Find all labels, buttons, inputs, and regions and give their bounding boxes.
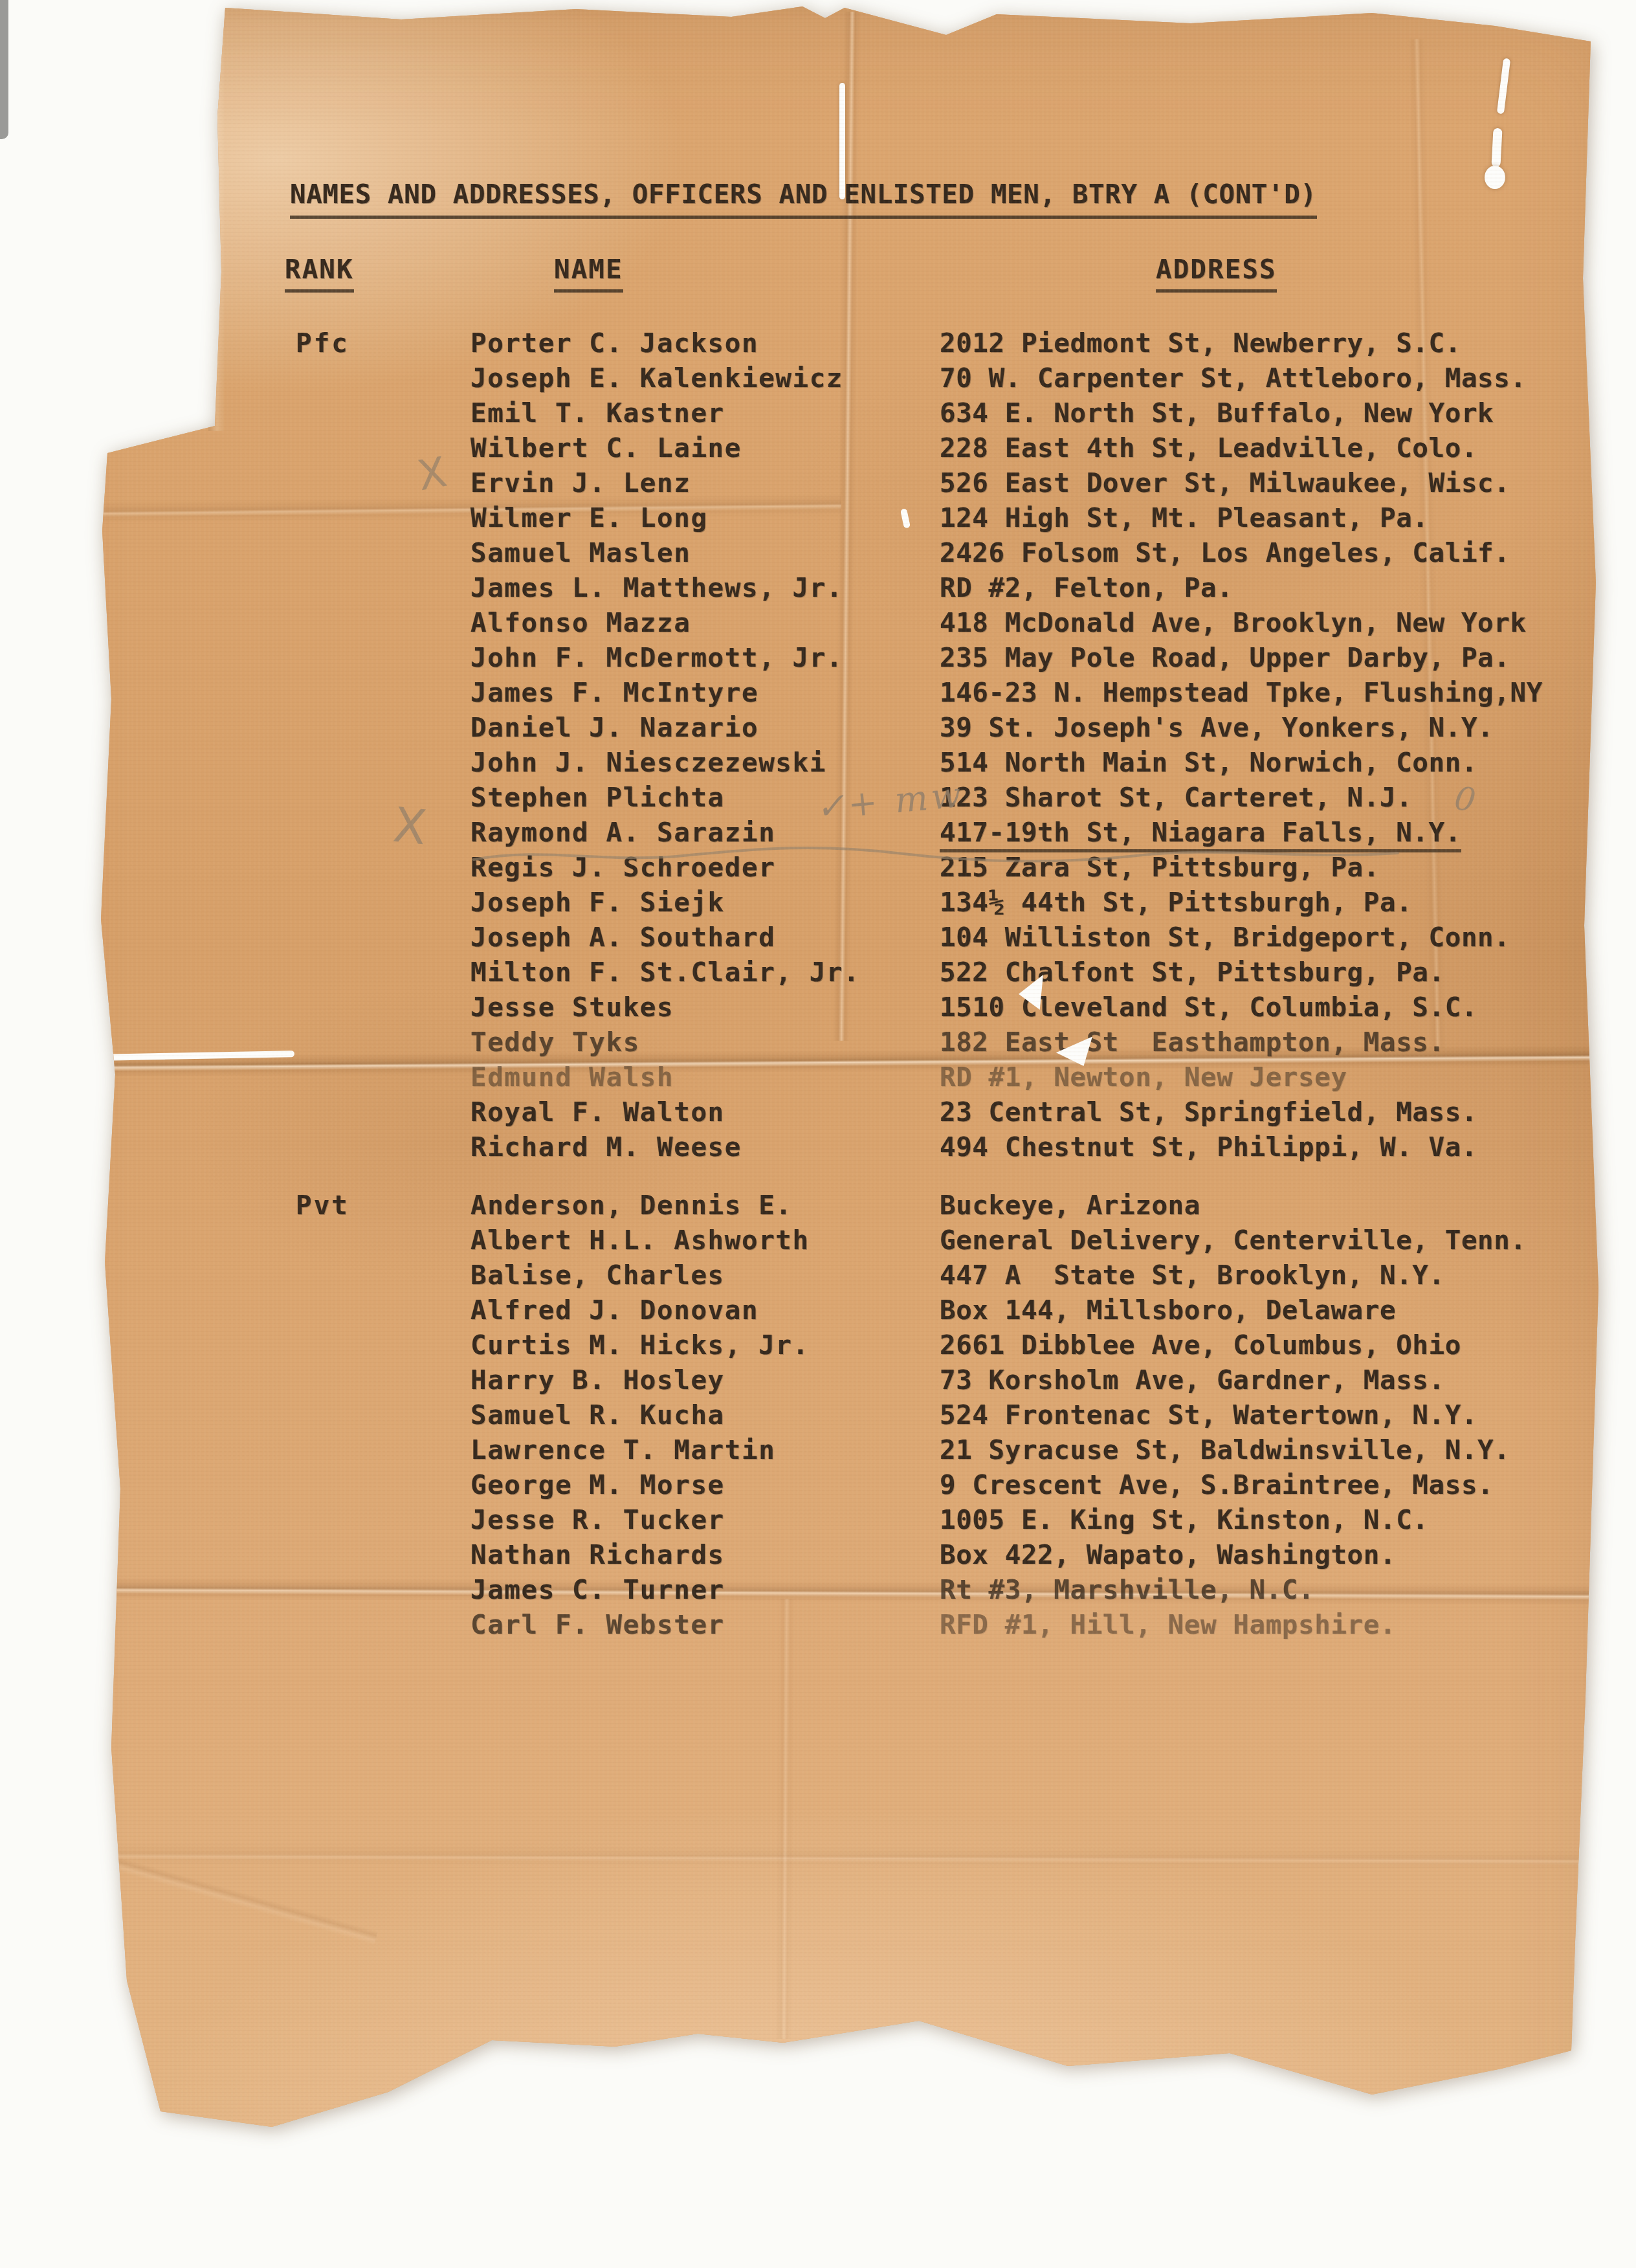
roster-row: John J. Niesczezewski514 North Main St, … xyxy=(0,747,1636,779)
address-cell: Rt #3, Marshville, N.C. xyxy=(940,1574,1314,1605)
roster-row: Lawrence T. Martin21 Syracuse St, Baldwi… xyxy=(0,1434,1636,1467)
address-cell: 70 W. Carpenter St, Attleboro, Mass. xyxy=(940,362,1527,394)
name-cell: John F. McDermott, Jr. xyxy=(470,642,843,673)
name-cell: Emil T. Kastner xyxy=(470,397,725,428)
address-cell: 182 East St Easthampton, Mass. xyxy=(940,1027,1445,1058)
roster-row: Milton F. St.Clair, Jr.522 Chalfont St, … xyxy=(0,957,1636,989)
address-cell: 146-23 N. Hempstead Tpke, Flushing,NY xyxy=(940,677,1543,708)
name-cell: Ervin J. Lenz xyxy=(470,467,691,498)
address-cell: 526 East Dover St, Milwaukee, Wisc. xyxy=(940,467,1510,498)
name-cell: Stephen Plichta xyxy=(470,782,725,813)
address-cell: 1510 Cleveland St, Columbia, S.C. xyxy=(940,992,1477,1023)
roster-row: Albert H.L. AshworthGeneral Delivery, Ce… xyxy=(0,1225,1636,1257)
name-cell: Edmund Walsh xyxy=(470,1062,674,1093)
roster-row: Joseph E. Kalenkiewicz70 W. Carpenter St… xyxy=(0,362,1636,395)
address-cell: 1005 E. King St, Kinston, N.C. xyxy=(940,1504,1429,1535)
roster-row: Emil T. Kastner634 E. North St, Buffalo,… xyxy=(0,397,1636,430)
name-cell: Richard M. Weese xyxy=(470,1131,742,1162)
roster-row: Raymond A. Sarazin417-19th St, Niagara F… xyxy=(0,817,1636,849)
roster-row: PvtAnderson, Dennis E.Buckeye, Arizona xyxy=(0,1190,1636,1222)
roster-row: Harry B. Hosley73 Korsholm Ave, Gardner,… xyxy=(0,1364,1636,1397)
roster-row: Royal F. Walton23 Central St, Springfiel… xyxy=(0,1096,1636,1129)
roster-row: Wilmer E. Long124 High St, Mt. Pleasant,… xyxy=(0,502,1636,535)
address-cell: 494 Chestnut St, Philippi, W. Va. xyxy=(940,1131,1477,1162)
address-cell: General Delivery, Centerville, Tenn. xyxy=(940,1225,1527,1256)
name-cell: Anderson, Dennis E. xyxy=(470,1190,793,1221)
name-cell: James C. Turner xyxy=(470,1574,725,1605)
page-title: NAMES AND ADDRESSES, OFFICERS AND ENLIST… xyxy=(290,179,1317,219)
name-cell: Daniel J. Nazario xyxy=(470,712,758,743)
name-cell: Harry B. Hosley xyxy=(470,1364,725,1395)
column-header-rank: RANK xyxy=(285,254,354,293)
address-cell: 134½ 44th St, Pittsburgh, Pa. xyxy=(940,887,1412,918)
address-cell: 23 Central St, Springfield, Mass. xyxy=(940,1096,1477,1128)
address-cell: 522 Chalfont St, Pittsburg, Pa. xyxy=(940,957,1445,988)
address-cell: RD #1, Newton, New Jersey xyxy=(940,1062,1347,1093)
paper-nick-mark xyxy=(0,0,23,32)
roster-content: NAMES AND ADDRESSES, OFFICERS AND ENLIST… xyxy=(0,0,1636,2268)
address-cell: 634 E. North St, Buffalo, New York xyxy=(940,397,1494,428)
address-cell: 2426 Folsom St, Los Angeles, Calif. xyxy=(940,537,1510,568)
roster-row: PfcPorter C. Jackson2012 Piedmont St, Ne… xyxy=(0,328,1636,360)
roster-row: Curtis M. Hicks, Jr.2661 Dibblee Ave, Co… xyxy=(0,1329,1636,1362)
name-cell: Samuel Maslen xyxy=(470,537,691,568)
roster-row: Jesse Stukes1510 Cleveland St, Columbia,… xyxy=(0,992,1636,1024)
address-cell: RD #2, Felton, Pa. xyxy=(940,572,1233,603)
address-cell: RFD #1, Hill, New Hampshire. xyxy=(940,1609,1396,1640)
roster-row: Carl F. WebsterRFD #1, Hill, New Hampshi… xyxy=(0,1609,1636,1641)
name-cell: Porter C. Jackson xyxy=(470,328,758,359)
address-cell: Buckeye, Arizona xyxy=(940,1190,1200,1221)
address-cell: 514 North Main St, Norwich, Conn. xyxy=(940,747,1477,778)
name-cell: Milton F. St.Clair, Jr. xyxy=(470,957,860,988)
address-cell: 228 East 4th St, Leadville, Colo. xyxy=(940,432,1477,463)
roster-row: James F. McIntyre146-23 N. Hempstead Tpk… xyxy=(0,677,1636,709)
roster-row: Teddy Tyks182 East St Easthampton, Mass. xyxy=(0,1027,1636,1059)
paper-sheet: NAMES AND ADDRESSES, OFFICERS AND ENLIST… xyxy=(0,0,1636,2268)
name-cell: Jesse Stukes xyxy=(470,992,674,1023)
address-cell: 2012 Piedmont St, Newberry, S.C. xyxy=(940,328,1461,359)
name-cell: Regis J. Schroeder xyxy=(470,852,775,883)
name-cell: Nathan Richards xyxy=(470,1539,725,1570)
roster-row: Ervin J. Lenz526 East Dover St, Milwauke… xyxy=(0,467,1636,500)
name-cell: John J. Niesczezewski xyxy=(470,747,826,778)
address-cell: 39 St. Joseph's Ave, Yonkers, N.Y. xyxy=(940,712,1494,743)
address-cell: 447 A State St, Brooklyn, N.Y. xyxy=(940,1260,1445,1291)
address-cell: 417-19th St, Niagara Falls, N.Y. xyxy=(940,817,1461,852)
name-cell: Jesse R. Tucker xyxy=(470,1504,725,1535)
roster-row: George M. Morse9 Crescent Ave, S.Braintr… xyxy=(0,1469,1636,1502)
roster-row: Edmund WalshRD #1, Newton, New Jersey xyxy=(0,1062,1636,1094)
paper-wrap: NAMES AND ADDRESSES, OFFICERS AND ENLIST… xyxy=(0,0,1636,2268)
roster-row: James L. Matthews, Jr.RD #2, Felton, Pa. xyxy=(0,572,1636,605)
address-cell: 2661 Dibblee Ave, Columbus, Ohio xyxy=(940,1329,1461,1361)
column-header-address: ADDRESS xyxy=(1156,254,1277,293)
address-cell: 418 McDonald Ave, Brooklyn, New York xyxy=(940,607,1527,638)
roster-row: Regis J. Schroeder215 Zara St, Pittsburg… xyxy=(0,852,1636,884)
roster-row: Samuel R. Kucha524 Frontenac St, Waterto… xyxy=(0,1399,1636,1432)
address-cell: 124 High St, Mt. Pleasant, Pa. xyxy=(940,502,1429,533)
address-cell: 104 Williston St, Bridgeport, Conn. xyxy=(940,922,1510,953)
name-cell: Balise, Charles xyxy=(470,1260,725,1291)
address-cell: 215 Zara St, Pittsburg, Pa. xyxy=(940,852,1380,883)
rank-label: Pfc xyxy=(296,328,349,359)
address-cell: Box 144, Millsboro, Delaware xyxy=(940,1295,1396,1326)
name-cell: Alfred J. Donovan xyxy=(470,1295,758,1326)
name-cell: Lawrence T. Martin xyxy=(470,1434,775,1465)
address-cell: 524 Frontenac St, Watertown, N.Y. xyxy=(940,1399,1477,1430)
name-cell: James F. McIntyre xyxy=(470,677,758,708)
name-cell: Wilmer E. Long xyxy=(470,502,708,533)
roster-row: Alfonso Mazza418 McDonald Ave, Brooklyn,… xyxy=(0,607,1636,639)
address-cell: 73 Korsholm Ave, Gardner, Mass. xyxy=(940,1364,1445,1395)
name-cell: Joseph E. Kalenkiewicz xyxy=(470,362,843,394)
roster-row: James C. TurnerRt #3, Marshville, N.C. xyxy=(0,1574,1636,1606)
roster-row: Richard M. Weese494 Chestnut St, Philipp… xyxy=(0,1131,1636,1164)
name-cell: Albert H.L. Ashworth xyxy=(470,1225,810,1256)
name-cell: George M. Morse xyxy=(470,1469,725,1500)
name-cell: James L. Matthews, Jr. xyxy=(470,572,843,603)
roster-row: Wilbert C. Laine228 East 4th St, Leadvil… xyxy=(0,432,1636,465)
address-cell: Box 422, Wapato, Washington. xyxy=(940,1539,1396,1570)
roster-row: Joseph A. Southard104 Williston St, Brid… xyxy=(0,922,1636,954)
scanned-photo-background: NAMES AND ADDRESSES, OFFICERS AND ENLIST… xyxy=(0,0,1636,2268)
roster-row: Samuel Maslen2426 Folsom St, Los Angeles… xyxy=(0,537,1636,570)
name-cell: Carl F. Webster xyxy=(470,1609,725,1640)
roster-row: Jesse R. Tucker1005 E. King St, Kinston,… xyxy=(0,1504,1636,1537)
name-cell: Joseph A. Southard xyxy=(470,922,775,953)
roster-row: Joseph F. Siejk134½ 44th St, Pittsburgh,… xyxy=(0,887,1636,919)
name-cell: Wilbert C. Laine xyxy=(470,432,742,463)
name-cell: Curtis M. Hicks, Jr. xyxy=(470,1329,810,1361)
rank-label: Pvt xyxy=(296,1190,349,1221)
roster-row: John F. McDermott, Jr.235 May Pole Road,… xyxy=(0,642,1636,674)
address-cell: 235 May Pole Road, Upper Darby, Pa. xyxy=(940,642,1510,673)
name-cell: Joseph F. Siejk xyxy=(470,887,725,918)
address-cell: 9 Crescent Ave, S.Braintree, Mass. xyxy=(940,1469,1494,1500)
address-cell: 123 Sharot St, Carteret, N.J. xyxy=(940,782,1412,813)
roster-row: Nathan RichardsBox 422, Wapato, Washingt… xyxy=(0,1539,1636,1572)
name-cell: Alfonso Mazza xyxy=(470,607,691,638)
roster-row: Daniel J. Nazario39 St. Joseph's Ave, Yo… xyxy=(0,712,1636,744)
name-cell: Royal F. Walton xyxy=(470,1096,725,1128)
name-cell: Raymond A. Sarazin xyxy=(470,817,775,848)
roster-row: Balise, Charles447 A State St, Brooklyn,… xyxy=(0,1260,1636,1292)
roster-row: Alfred J. DonovanBox 144, Millsboro, Del… xyxy=(0,1295,1636,1327)
address-cell: 21 Syracuse St, Baldwinsville, N.Y. xyxy=(940,1434,1510,1465)
name-cell: Samuel R. Kucha xyxy=(470,1399,725,1430)
roster-row: Stephen Plichta123 Sharot St, Carteret, … xyxy=(0,782,1636,814)
column-header-name: NAME xyxy=(554,254,623,293)
name-cell: Teddy Tyks xyxy=(470,1027,640,1058)
